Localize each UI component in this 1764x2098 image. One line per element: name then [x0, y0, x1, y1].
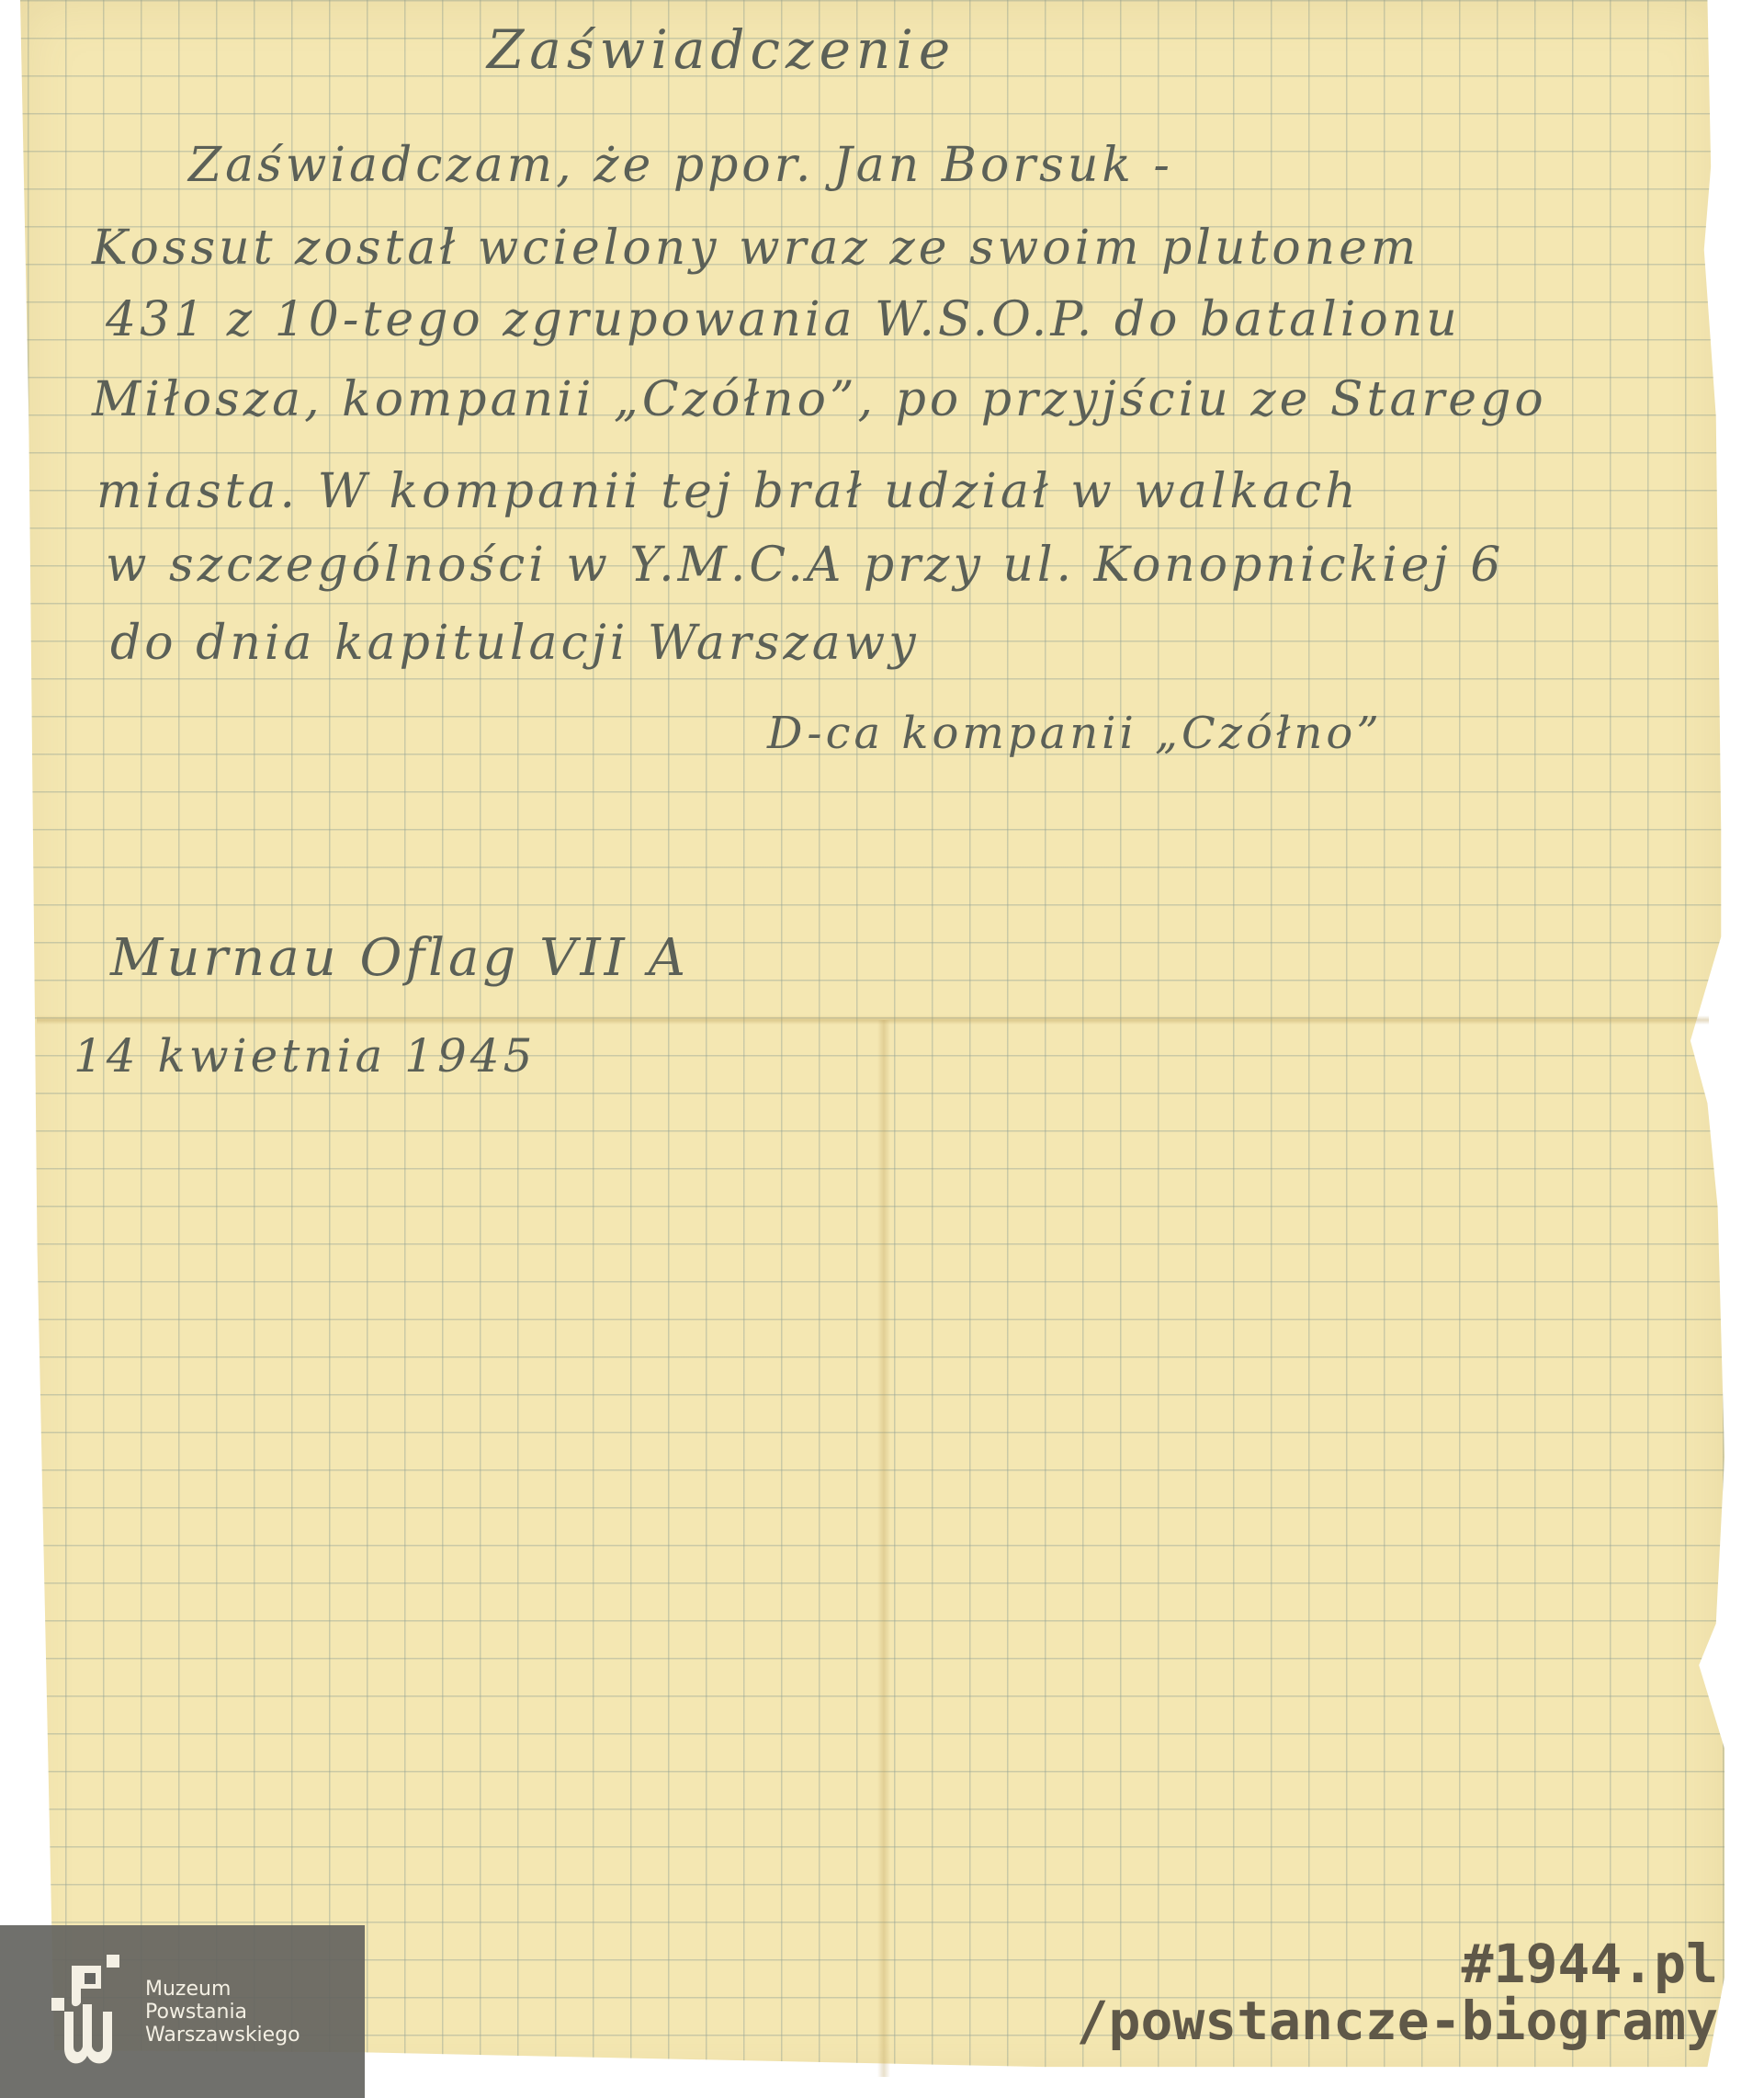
horizontal-fold-line [37, 1015, 1709, 1025]
museum-name-line-2: Powstania [145, 2001, 300, 2024]
date-line: 14 kwietnia 1945 [73, 1029, 536, 1083]
body-line-3: 431 z 10-tego zgrupowania W.S.O.P. do ba… [106, 292, 1461, 347]
body-line-6: w szczególności w Y.M.C.A przy ul. Konop… [106, 538, 1504, 593]
watermark-path: /powstancze-biogramy [1077, 1990, 1718, 2052]
body-line-1: Zaświadczam, że ppor. Jan Borsuk - [188, 138, 1173, 193]
museum-logo: Muzeum Powstania Warszawskiego [0, 1925, 365, 2098]
body-line-2: Kossut został wcielony wraz ze swoim plu… [92, 221, 1419, 276]
kotwica-anchor-icon [37, 1947, 138, 2076]
body-line-5: miasta. W kompanii tej brał udział w wal… [96, 464, 1360, 519]
body-line-4: Miłosza, kompanii „Czółno”, po przyjściu… [92, 372, 1547, 427]
museum-name-line-1: Muzeum [145, 1978, 300, 2001]
place-line: Murnau Oflag VII A [110, 928, 689, 988]
body-line-7: do dnia kapitulacji Warszawy [110, 616, 920, 671]
vertical-fold-line [877, 1020, 890, 2077]
watermark-hashtag: #1944.pl [1462, 1933, 1718, 1995]
museum-name: Muzeum Powstania Warszawskiego [145, 1978, 300, 2047]
document-title: Zaświadczenie [487, 18, 955, 81]
signature-line: D-ca kompanii „Czółno” [767, 708, 1383, 759]
museum-name-line-3: Warszawskiego [145, 2024, 300, 2047]
